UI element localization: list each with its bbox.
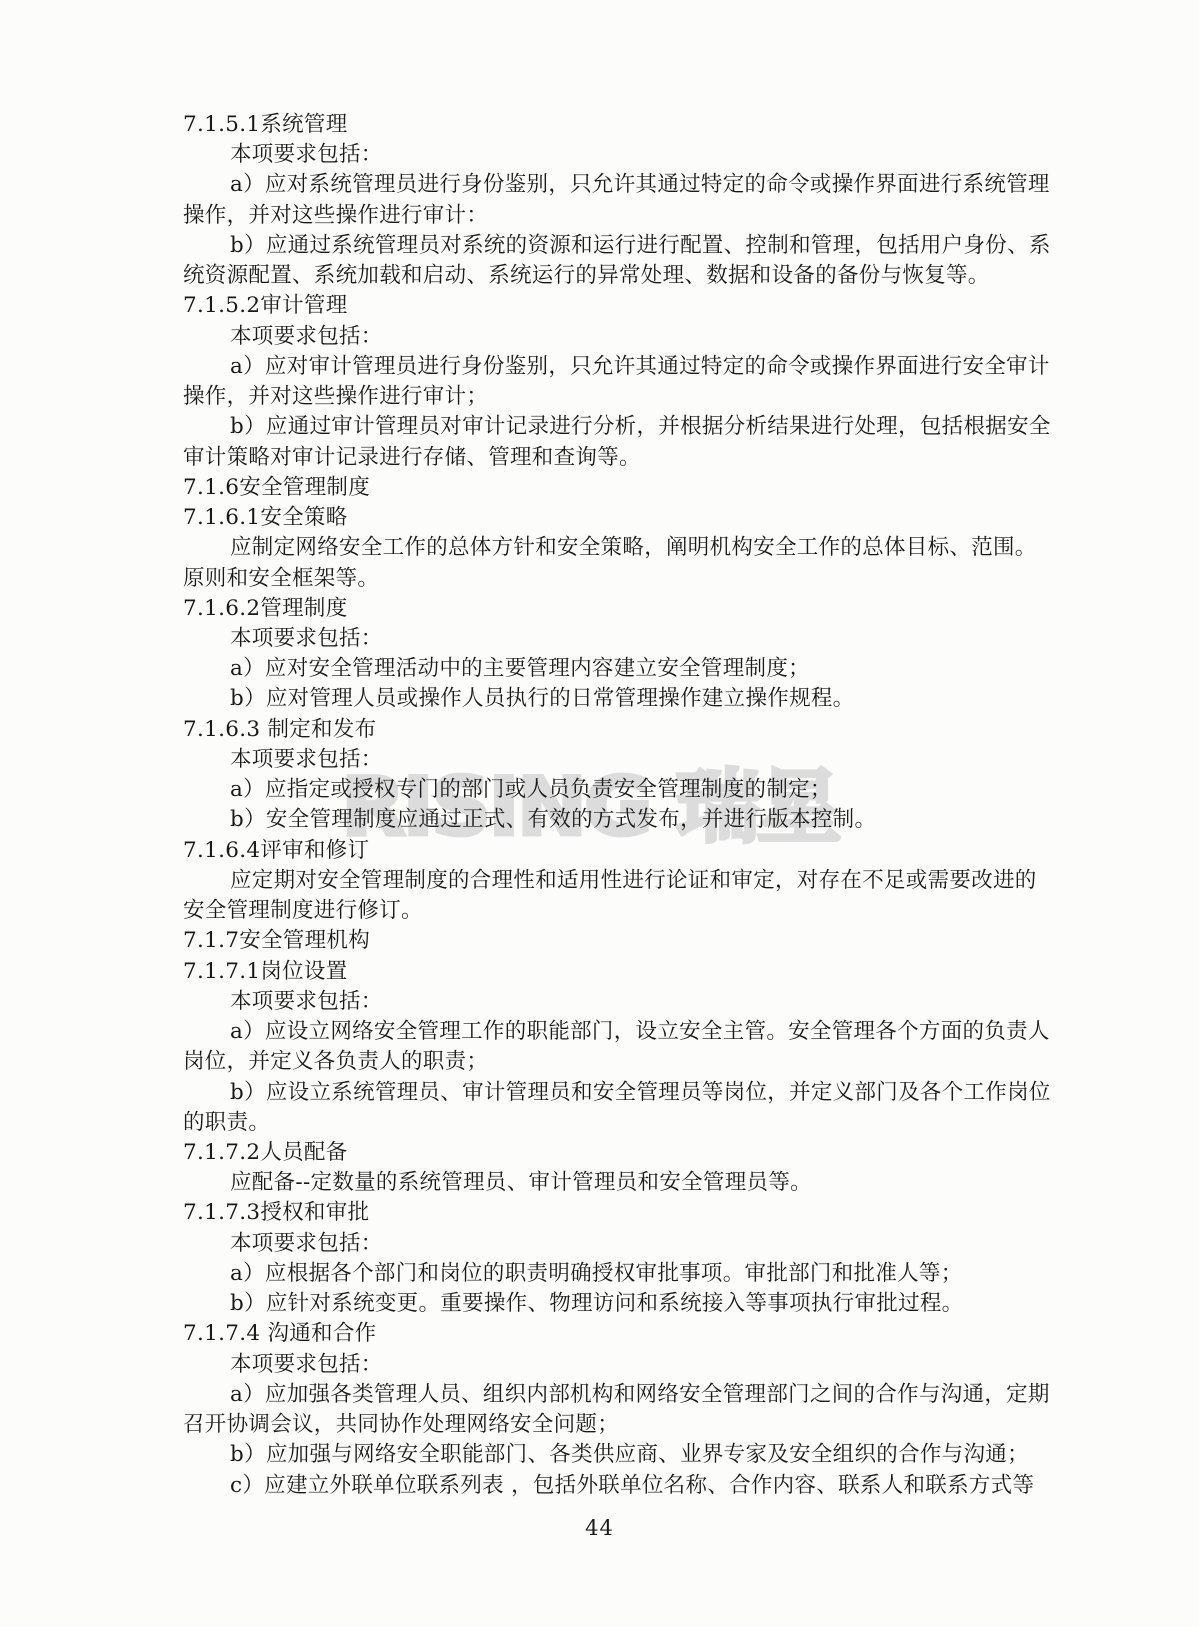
text-line: 本项要求包括： [183,140,1045,170]
document-text-block: 7.1.5.1系统管理 本项要求包括： a）应对系统管理员进行身份鉴别，只允许其… [183,110,1045,1501]
section-heading: 7.1.7.3授权和审批 [183,1198,1045,1228]
text-line: 本项要求包括： [183,745,1045,775]
text-line: b）应通过系统管理员对系统的资源和运行进行配置、控制和管理，包括用户身份、系 [183,231,1045,261]
text-line: 应配备--定数量的系统管理员、审计管理员和安全管理员等。 [183,1168,1045,1198]
text-line: b）应加强与网络安全职能部门、各类供应商、业界专家及安全组织的合作与沟通； [183,1440,1045,1470]
text-line: c）应建立外联单位联系列表 ，包括外联单位名称、合作内容、联系人和联系方式等 [183,1471,1045,1501]
section-heading: 7.1.6.4评审和修订 [183,836,1045,866]
text-line: b）应设立系统管理员、审计管理员和安全管理员等岗位，并定义部门及各个工作岗位 [183,1078,1045,1108]
section-heading: 7.1.7.2人员配备 [183,1138,1045,1168]
section-heading: 7.1.5.2审计管理 [183,291,1045,321]
text-line: b）安全管理制度应通过正式、有效的方式发布，并进行版本控制。 [183,805,1045,835]
text-line: 操作，并对这些操作进行审计： [183,201,1045,231]
text-line: 本项要求包括： [183,1229,1045,1259]
text-line: 原则和安全框架等。 [183,564,1045,594]
text-line: 本项要求包括： [183,322,1045,352]
text-line: a）应设立网络安全管理工作的职能部门，设立安全主管。安全管理各个方面的负责人 [183,1017,1045,1047]
section-heading: 7.1.5.1系统管理 [183,110,1045,140]
text-line: a）应指定或授权专门的部门或人员负责安全管理制度的制定； [183,775,1045,805]
text-line: a）应对安全管理活动中的主要管理内容建立安全管理制度； [183,654,1045,684]
text-line: b）应通过审计管理员对审计记录进行分析，并根据分析结果进行处理，包括根据安全 [183,412,1045,442]
text-line: 统资源配置、系统加载和启动、系统运行的异常处理、数据和设备的备份与恢复等。 [183,261,1045,291]
text-line: 操作，并对这些操作进行审计； [183,382,1045,412]
section-heading: 7.1.6安全管理制度 [183,473,1045,503]
text-line: 应定期对安全管理制度的合理性和适用性进行论证和审定，对存在不足或需要改进的 [183,866,1045,896]
section-heading: 7.1.7.1岗位设置 [183,957,1045,987]
document-page: RISING 瑞星 7.1.5.1系统管理 本项要求包括： a）应对系统管理员进… [0,0,1199,1627]
text-line: 安全管理制度进行修订。 [183,896,1045,926]
section-heading: 7.1.6.1安全策略 [183,503,1045,533]
section-heading: 7.1.6.3 制定和发布 [183,715,1045,745]
text-line: 岗位，并定义各负责人的职责； [183,1047,1045,1077]
text-line: a）应对审计管理员进行身份鉴别，只允许其通过特定的命令或操作界面进行安全审计 [183,352,1045,382]
text-line: 应制定网络安全工作的总体方针和安全策略，阐明机构安全工作的总体目标、范围。 [183,533,1045,563]
section-heading: 7.1.7安全管理机构 [183,926,1045,956]
text-line: b）应针对系统变更。重要操作、物理访问和系统接入等事项执行审批过程。 [183,1289,1045,1319]
section-heading: 7.1.7.4 沟通和合作 [183,1319,1045,1349]
text-line: 本项要求包括： [183,987,1045,1017]
text-line: a）应根据各个部门和岗位的职责明确授权审批事项。审批部门和批准人等； [183,1259,1045,1289]
text-line: 本项要求包括： [183,624,1045,654]
text-line: a）应加强各类管理人员、组织内部机构和网络安全管理部门之间的合作与沟通，定期 [183,1380,1045,1410]
text-line: 审计策略对审计记录进行存储、管理和查询等。 [183,443,1045,473]
page-number: 44 [0,1516,1199,1540]
text-line: b）应对管理人员或操作人员执行的日常管理操作建立操作规程。 [183,684,1045,714]
section-heading: 7.1.6.2管理制度 [183,594,1045,624]
text-line: 召开协调会议，共同协作处理网络安全问题； [183,1410,1045,1440]
text-line: a）应对系统管理员进行身份鉴别，只允许其通过特定的命令或操作界面进行系统管理 [183,170,1045,200]
text-line: 本项要求包括： [183,1350,1045,1380]
text-line: 的职责。 [183,1108,1045,1138]
